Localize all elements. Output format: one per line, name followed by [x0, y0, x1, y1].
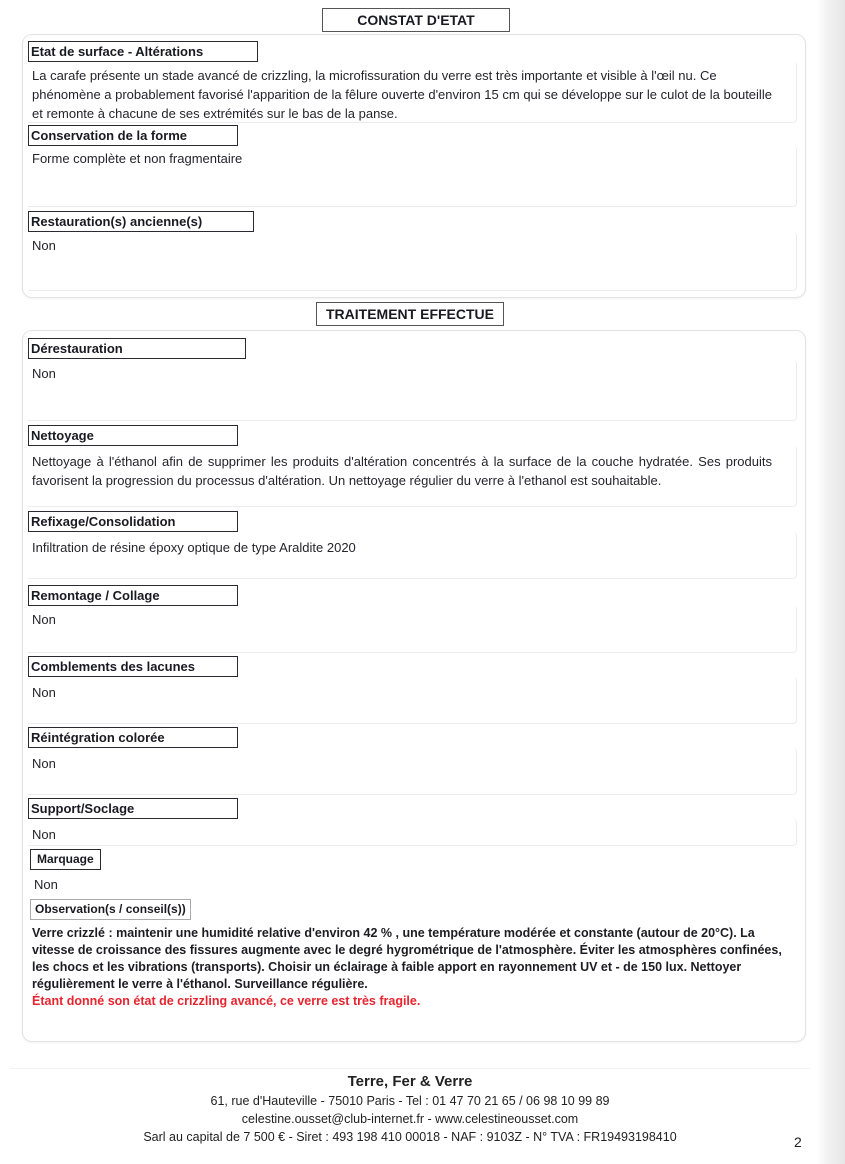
footer-address: 61, rue d'Hauteville - 75010 Paris - Tel…: [10, 1092, 810, 1110]
observation-text: Verre crizzlé : maintenir une humidité r…: [32, 925, 792, 1010]
label-refixage-consolidation: Refixage/Consolidation: [28, 511, 238, 532]
text-marquage: Non: [34, 875, 774, 894]
label-support-soclage: Support/Soclage: [28, 798, 238, 819]
label-reintegration-coloree: Réintégration colorée: [28, 727, 238, 748]
observation-warning: Étant donné son état de crizzling avancé…: [32, 994, 420, 1008]
text-etat-surface: La carafe présente un stade avancé de cr…: [32, 66, 772, 123]
label-conservation-forme: Conservation de la forme: [28, 125, 238, 146]
page-number: 2: [794, 1134, 802, 1150]
text-remontage-collage: Non: [32, 610, 772, 629]
text-conservation-forme: Forme complète et non fragmentaire: [32, 149, 772, 168]
text-support-soclage: Non: [32, 825, 772, 844]
footer-company: Terre, Fer & Verre: [10, 1072, 810, 1092]
label-derestauration: Dérestauration: [28, 338, 246, 359]
label-restaurations-anciennes: Restauration(s) ancienne(s): [28, 211, 254, 232]
label-remontage-collage: Remontage / Collage: [28, 585, 238, 606]
label-etat-surface: Etat de surface - Altérations: [28, 41, 258, 62]
label-nettoyage: Nettoyage: [28, 425, 238, 446]
text-refixage-consolidation: Infiltration de résine époxy optique de …: [32, 538, 772, 557]
text-reintegration-coloree: Non: [32, 754, 772, 773]
section-title-traitement: TRAITEMENT EFFECTUE: [316, 302, 504, 326]
text-comblements-lacunes: Non: [32, 683, 772, 702]
observation-advice: Verre crizzlé : maintenir une humidité r…: [32, 926, 782, 991]
scan-edge: [817, 0, 845, 1164]
label-observations: Observation(s / conseil(s)): [30, 899, 191, 920]
label-marquage: Marquage: [30, 849, 101, 870]
footer-legal: Sarl au capital de 7 500 € - Siret : 493…: [10, 1128, 810, 1146]
footer-contact: celestine.ousset@club-internet.fr - www.…: [10, 1110, 810, 1128]
text-restaurations-anciennes: Non: [32, 236, 772, 255]
label-comblements-lacunes: Comblements des lacunes: [28, 656, 238, 677]
section-title-constat: CONSTAT D'ETAT: [322, 8, 510, 32]
text-derestauration: Non: [32, 364, 772, 383]
footer: Terre, Fer & Verre 61, rue d'Hauteville …: [10, 1068, 810, 1149]
text-nettoyage: Nettoyage à l'éthanol afin de supprimer …: [32, 452, 772, 490]
